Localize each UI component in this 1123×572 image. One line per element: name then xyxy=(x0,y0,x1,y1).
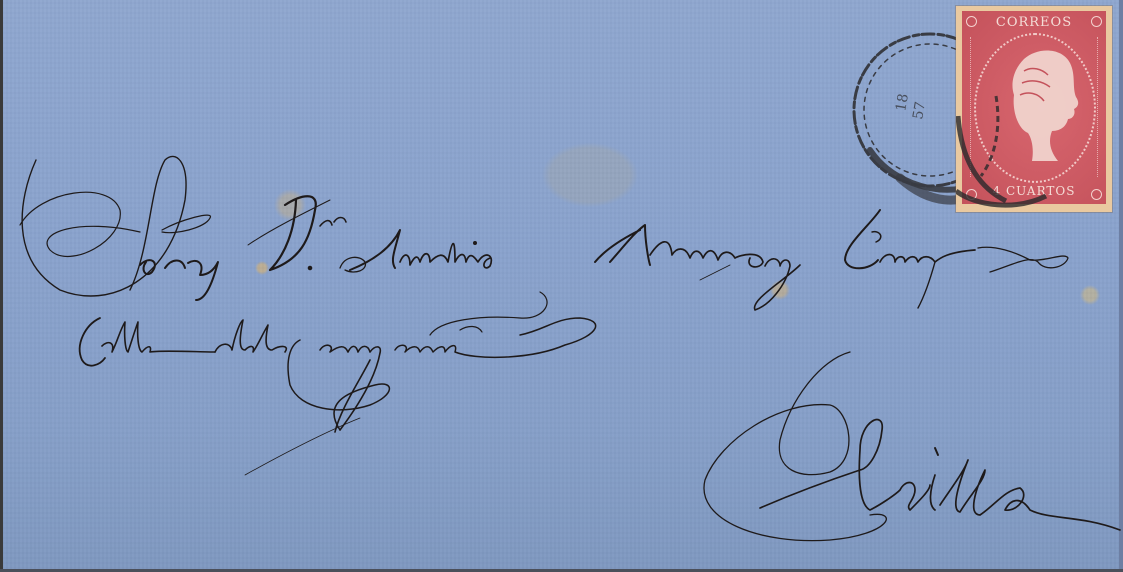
stamp-cancellation-overlay xyxy=(956,6,1112,212)
postal-cover: 18 57 CORREOS 4 CUARTOS xyxy=(0,0,1123,572)
svg-text:18: 18 xyxy=(893,92,912,112)
postage-stamp: CORREOS 4 CUARTOS xyxy=(956,6,1112,212)
svg-text:57: 57 xyxy=(910,100,929,120)
postmark-cancellation: 18 57 xyxy=(0,0,1123,572)
